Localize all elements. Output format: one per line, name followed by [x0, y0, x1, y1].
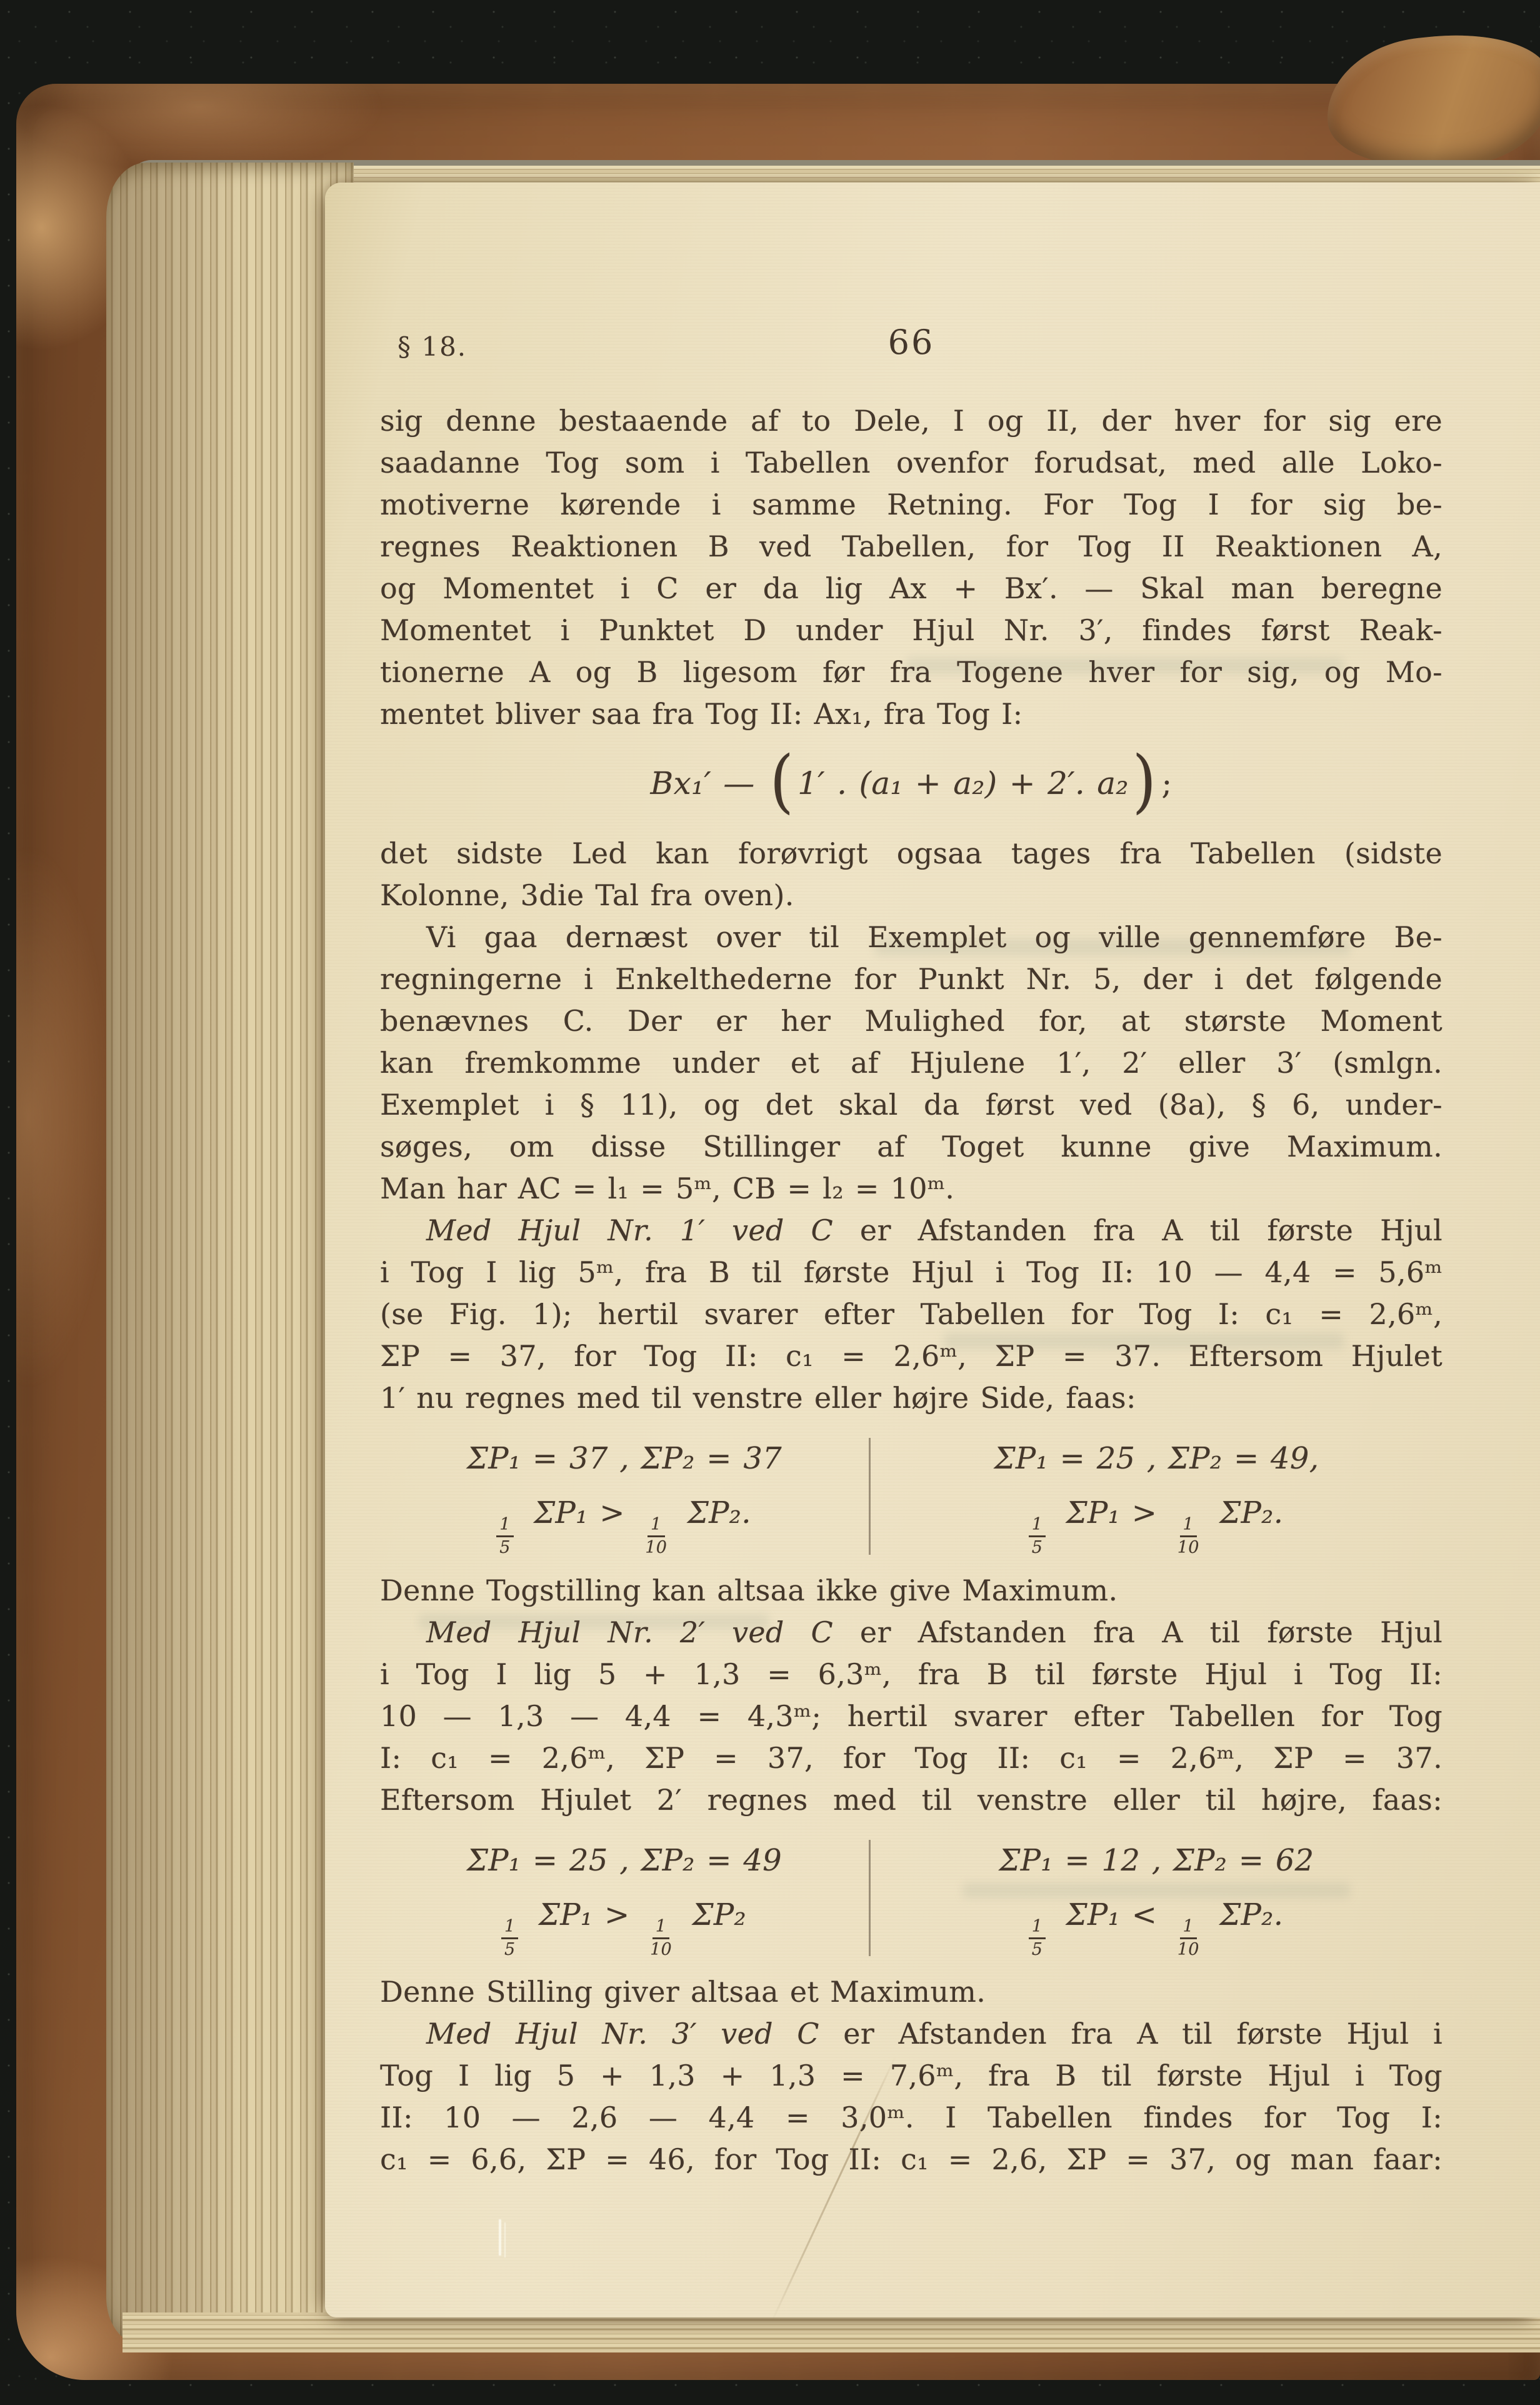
section-label: § 18.: [397, 331, 467, 362]
lead-rest: er Afstanden fra A til første Hjul: [833, 1213, 1442, 1247]
fraction-denominator: 10: [645, 1537, 667, 1557]
equation-column-left: ΣP₁ = 25 , ΣP₂ = 49 15 ΣP₁ > 110 ΣP₂: [380, 1837, 869, 1959]
text-line: Med Hjul Nr. 1′ ved C er Afstanden fra A…: [380, 1210, 1442, 1252]
text-line: Med Hjul Nr. 2′ ved C er Afstanden fra A…: [380, 1612, 1442, 1654]
formula-lhs: Bx₁′ —: [651, 763, 755, 805]
book-page: § 18. 66 sig denne bestaaende af to Dele…: [325, 183, 1540, 2317]
relation-tail: ΣP₂.: [687, 1495, 751, 1530]
equation-sums: ΣP₁ = 25 , ΣP₂ = 49,: [871, 1435, 1442, 1482]
text-line: II: 10 — 2,6 — 4,4 = 3,0ᵐ. I Tabellen fi…: [380, 2097, 1442, 2139]
text-line: Kolonne, 3die Tal fra oven).: [380, 875, 1442, 916]
fraction-denominator: 5: [499, 1537, 510, 1557]
page-scratch: [499, 2219, 501, 2256]
text-line: c₁ = 6,6, ΣP = 46, for Tog II: c₁ = 2,6,…: [380, 2139, 1442, 2181]
equation-relation: 15 ΣP₁ > 110 ΣP₂: [380, 1885, 869, 1959]
relation-middle: ΣP₁ >: [539, 1897, 629, 1932]
equation-relation: 15 ΣP₁ > 110 ΣP₂.: [871, 1483, 1442, 1557]
text-line: søges, om disse Stillinger af Toget kunn…: [380, 1126, 1442, 1168]
text-line: ΣP = 37, for Tog II: c₁ = 2,6ᵐ, ΣP = 37.…: [380, 1335, 1442, 1377]
fraction-numerator: 1: [1029, 1515, 1046, 1537]
fraction: 15: [496, 1515, 513, 1557]
fraction-numerator: 1: [1029, 1917, 1046, 1939]
page-number: 66: [380, 323, 1442, 362]
result-line: Denne Togstilling kan altsaa ikke give M…: [380, 1570, 1442, 1612]
close-paren: ): [1132, 758, 1157, 805]
equation-column-right: ΣP₁ = 25 , ΣP₂ = 49, 15 ΣP₁ > 110 ΣP₂.: [871, 1435, 1442, 1557]
text-line: (se Fig. 1); hertil svarer efter Tabelle…: [380, 1293, 1442, 1335]
equation-relation: 15 ΣP₁ > 110 ΣP₂.: [380, 1483, 869, 1557]
result-line: Denne Stilling giver altsaa et Maximum.: [380, 1971, 1442, 2013]
text-line: motiverne kørende i samme Retning. For T…: [380, 484, 1442, 526]
text-line: det sidste Led kan forøvrigt ogsaa tages…: [380, 833, 1442, 875]
equation-relation: 15 ΣP₁ < 110 ΣP₂.: [871, 1885, 1442, 1959]
equation-sums: ΣP₁ = 12 , ΣP₂ = 62: [871, 1837, 1442, 1884]
text-line: og Momentet i C er da lig Ax + Bx′. — Sk…: [380, 568, 1442, 610]
text-line: regnes Reaktionen B ved Tabellen, for To…: [380, 526, 1442, 568]
display-formula: Bx₁′ — ( 1′ . (a₁ + a₂) + 2′. a₂ ) ;: [380, 746, 1442, 820]
text-column: sig denne bestaaende af to Dele, I og II…: [380, 400, 1442, 2181]
text-line: i Tog I lig 5ᵐ, fra B til første Hjul i …: [380, 1252, 1442, 1293]
relation-middle: ΣP₁ >: [534, 1495, 624, 1530]
italic-lead: Med Hjul Nr. 2′ ved C: [426, 1615, 833, 1649]
text-line: Eftersom Hjulet 2′ regnes med til venstr…: [380, 1779, 1442, 1821]
relation-middle: ΣP₁ >: [1066, 1495, 1157, 1530]
page-header: § 18. 66: [380, 323, 1442, 362]
text-line: sig denne bestaaende af to Dele, I og II…: [380, 400, 1442, 442]
relation-tail: ΣP₂: [692, 1897, 746, 1932]
fraction: 110: [650, 1917, 672, 1959]
text-line: benævnes C. Der er her Mulighed for, at …: [380, 1000, 1442, 1042]
text-line: 1′ nu regnes med til venstre eller højre…: [380, 1377, 1442, 1419]
text-line: mentet bliver saa fra Tog II: Ax₁, fra T…: [380, 693, 1442, 735]
lead-rest: er Afstanden fra A til første Hjul i: [819, 2017, 1442, 2051]
relation-tail: ΣP₂.: [1219, 1897, 1283, 1932]
equation-column-right: ΣP₁ = 12 , ΣP₂ = 62 15 ΣP₁ < 110 ΣP₂.: [871, 1837, 1442, 1959]
fraction-denominator: 10: [1177, 1939, 1199, 1959]
lead-rest: er Afstanden fra A til første Hjul: [833, 1615, 1442, 1649]
fraction-numerator: 1: [501, 1917, 518, 1939]
equation-sums: ΣP₁ = 37 , ΣP₂ = 37: [380, 1435, 869, 1482]
formula-end: ;: [1161, 763, 1172, 805]
fraction-denominator: 5: [504, 1939, 515, 1959]
text-line: Med Hjul Nr. 3′ ved C er Afstanden fra A…: [380, 2013, 1442, 2055]
open-paren: (: [770, 758, 794, 805]
fraction: 15: [1029, 1917, 1046, 1959]
text-line: Exemplet i § 11), og det skal da først v…: [380, 1084, 1442, 1126]
text-line: Momentet i Punktet D under Hjul Nr. 3′, …: [380, 610, 1442, 651]
fraction: 15: [1029, 1515, 1046, 1557]
fraction-denominator: 10: [1177, 1537, 1199, 1557]
page-edges-left: [106, 163, 354, 2344]
fraction-denominator: 10: [650, 1939, 672, 1959]
italic-lead: Med Hjul Nr. 3′ ved C: [426, 2017, 819, 2051]
equation-block-1: ΣP₁ = 37 , ΣP₂ = 37 15 ΣP₁ > 110 ΣP₂. ΣP…: [380, 1435, 1442, 1557]
page-edges-bottom: [122, 2312, 1540, 2352]
fraction: 15: [501, 1917, 518, 1959]
relation-middle: ΣP₁ <: [1066, 1897, 1157, 1932]
text-line: Vi gaa dernæst over til Exemplet og vill…: [380, 916, 1442, 958]
fraction-denominator: 5: [1032, 1537, 1042, 1557]
scan-background: § 18. 66 sig denne bestaaende af to Dele…: [0, 0, 1540, 2405]
equation-column-left: ΣP₁ = 37 , ΣP₂ = 37 15 ΣP₁ > 110 ΣP₂.: [380, 1435, 869, 1557]
text-line: tionerne A og B ligesom før fra Togene h…: [380, 651, 1442, 693]
text-line: Tog I lig 5 + 1,3 + 1,3 = 7,6ᵐ, fra B ti…: [380, 2055, 1442, 2097]
fraction: 110: [1177, 1917, 1199, 1959]
equation-sums: ΣP₁ = 25 , ΣP₂ = 49: [380, 1837, 869, 1884]
text-line: kan fremkomme under et af Hjulene 1′, 2′…: [380, 1042, 1442, 1084]
fraction-numerator: 1: [647, 1515, 664, 1537]
fraction: 110: [1177, 1515, 1199, 1557]
text-line: i Tog I lig 5 + 1,3 = 6,3ᵐ, fra B til fø…: [380, 1654, 1442, 1695]
text-line: Man har AC = l₁ = 5ᵐ, CB = l₂ = 10ᵐ.: [380, 1168, 1442, 1210]
fraction-denominator: 5: [1032, 1939, 1042, 1959]
fraction: 110: [645, 1515, 667, 1557]
relation-tail: ΣP₂.: [1219, 1495, 1283, 1530]
text-line: saadanne Tog som i Tabellen ovenfor foru…: [380, 442, 1442, 484]
italic-lead: Med Hjul Nr. 1′ ved C: [426, 1213, 833, 1247]
equation-block-2: ΣP₁ = 25 , ΣP₂ = 49 15 ΣP₁ > 110 ΣP₂ ΣP₁…: [380, 1837, 1442, 1959]
text-line: 10 — 1,3 — 4,4 = 4,3ᵐ; hertil svarer eft…: [380, 1695, 1442, 1737]
text-line: regningerne i Enkelthederne for Punkt Nr…: [380, 958, 1442, 1000]
fraction-numerator: 1: [1180, 1515, 1197, 1537]
fraction-numerator: 1: [496, 1515, 513, 1537]
formula-inner: 1′ . (a₁ + a₂) + 2′. a₂: [797, 763, 1129, 805]
text-line: I: c₁ = 2,6ᵐ, ΣP = 37, for Tog II: c₁ = …: [380, 1737, 1442, 1779]
fraction-numerator: 1: [1180, 1917, 1197, 1939]
fraction-numerator: 1: [652, 1917, 669, 1939]
